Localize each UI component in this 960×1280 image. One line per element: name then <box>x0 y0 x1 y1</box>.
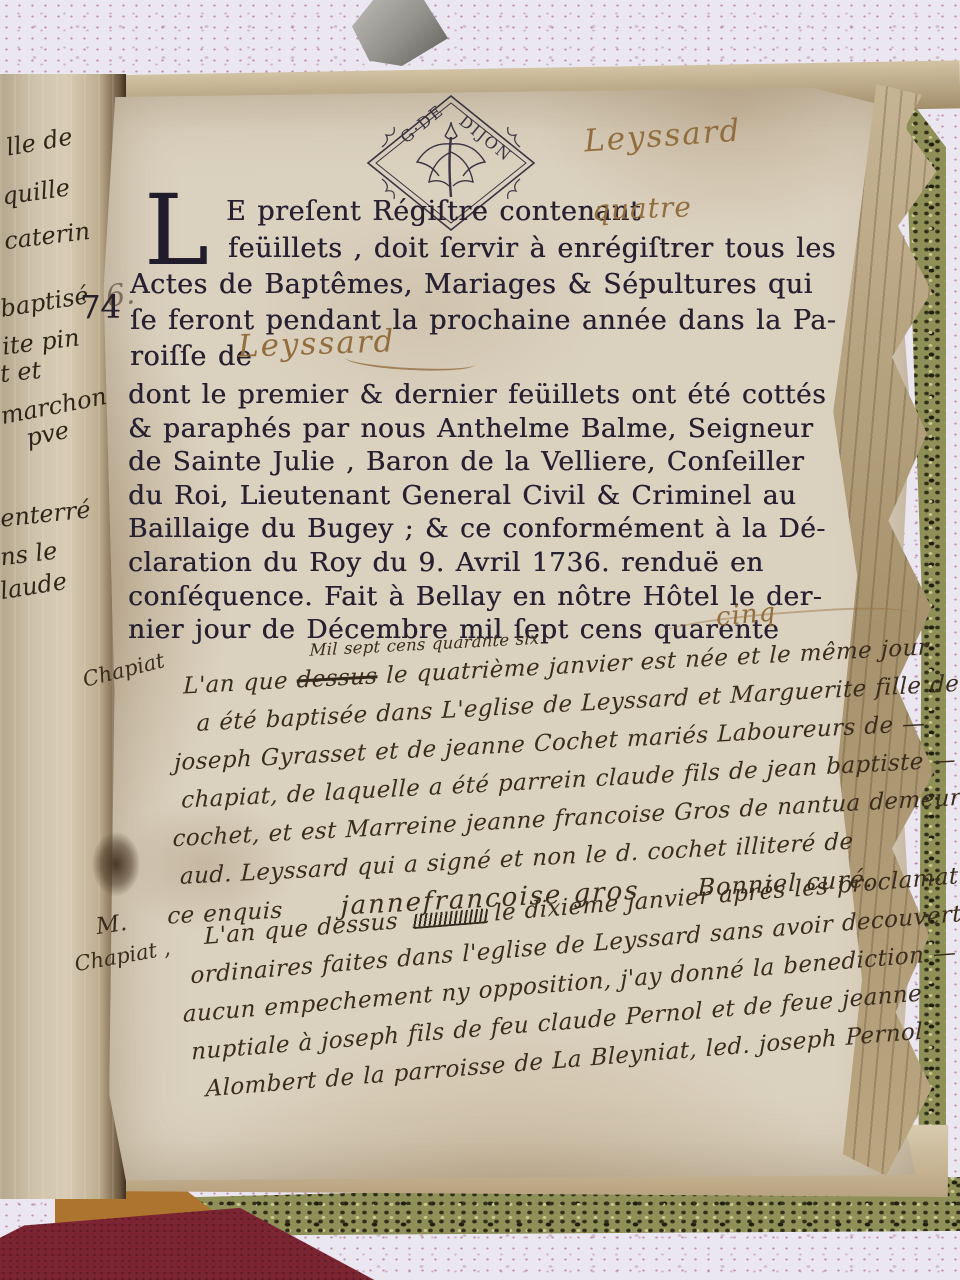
svg-text:G·DE: G·DE <box>397 101 448 147</box>
left-fragment: ite pin <box>1 323 81 360</box>
printed-line: ſe feront pendant la prochaine année dan… <box>130 305 836 336</box>
printed-line: E preſent Régiſtre contenant <box>226 196 641 227</box>
left-fragment: baptisé <box>0 281 91 323</box>
header-place-handwriting: Leyssard <box>583 113 743 160</box>
left-fragment: laude <box>0 567 69 605</box>
printed-line: claration du Roy du 9. Avril 1736. rendu… <box>128 546 828 580</box>
margin-note-chapiat: Chapiat , <box>73 936 172 976</box>
printed-line: & paraphés par nous Anthelme Balme, Seig… <box>128 412 828 446</box>
printed-line: Actes de Baptêmes, Mariages & Sépultures… <box>130 269 813 300</box>
ink-swash <box>345 349 476 374</box>
printed-line: Baillaige du Bugey ; & ce conformément à… <box>128 512 828 546</box>
margin-note-chapiat: Chapiat <box>80 648 167 691</box>
margin-note-initial: M. <box>94 910 128 940</box>
page-content: lle de quille caterin baptisé ite pin t … <box>0 0 960 1280</box>
printed-line: dont le premier & dernier feüillets ont … <box>128 378 828 412</box>
parish-register-photo: lle de quille caterin baptisé ite pin t … <box>0 0 960 1280</box>
left-fragment: t et <box>0 356 42 388</box>
printed-line: feüillets , doit ſervir à enrégiſtrer to… <box>228 233 836 264</box>
left-fragment: caterin <box>3 217 92 255</box>
handwritten-quatre: quatre <box>591 190 692 226</box>
printed-line: roiſſe de <box>130 341 252 372</box>
drop-cap: L <box>144 196 209 266</box>
left-fragment: ns le <box>0 537 59 572</box>
left-fragment: enterré <box>0 495 92 532</box>
struck-word: dessus <box>296 663 377 693</box>
left-fragment: quille <box>0 173 71 210</box>
ink-scribble <box>413 908 489 929</box>
left-fragment: lle de <box>4 122 75 161</box>
svg-text:DIJON: DIJON <box>455 111 516 165</box>
printed-line: de Sainte Julie , Baron de la Velliere, … <box>128 445 828 479</box>
printed-line: du Roi, Lieutenant General Civil & Crimi… <box>128 479 828 513</box>
